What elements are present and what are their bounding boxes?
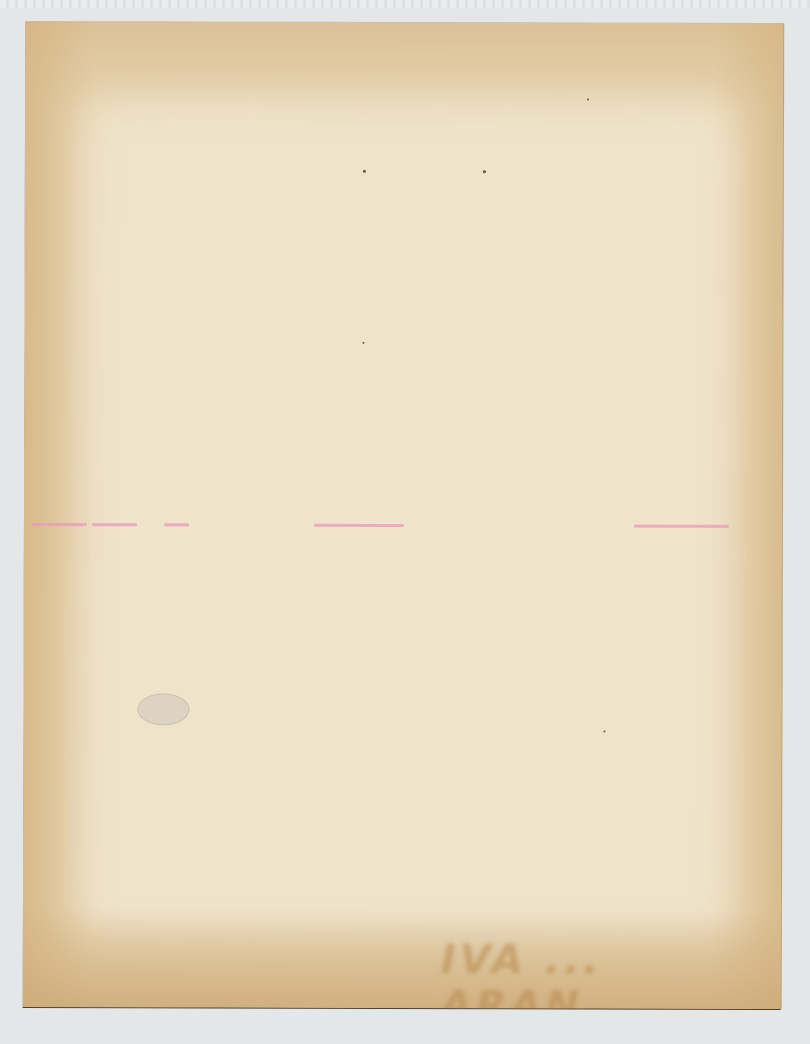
pink-ink-line bbox=[32, 523, 87, 526]
oval-smudge bbox=[137, 693, 189, 725]
speck bbox=[483, 170, 486, 173]
speck bbox=[603, 731, 605, 733]
speck bbox=[363, 170, 366, 173]
speck bbox=[362, 342, 364, 344]
bleed-through-text-stain: IVA ... ARAN bbox=[441, 937, 711, 988]
scanner-edge bbox=[0, 0, 810, 8]
paper-top-edge-stain bbox=[25, 21, 783, 113]
paper-card: IVA ... ARAN bbox=[23, 21, 784, 1009]
pink-ink-line bbox=[314, 524, 404, 527]
pink-ink-line bbox=[92, 523, 137, 526]
speck bbox=[587, 98, 589, 100]
pink-ink-line bbox=[164, 523, 189, 526]
paper-center bbox=[83, 101, 733, 939]
pink-ink-line bbox=[634, 525, 729, 528]
